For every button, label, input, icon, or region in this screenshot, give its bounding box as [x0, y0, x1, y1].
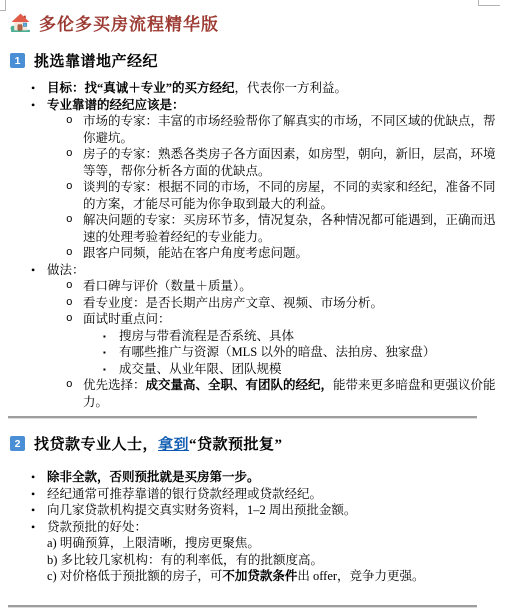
- divider-1: [8, 416, 477, 419]
- bullet-marker: o: [66, 179, 73, 196]
- list-item: •做法：: [0, 262, 516, 279]
- section2-heading: 2 找贷款专业人士，拿到“贷款预批复”: [10, 433, 516, 454]
- list-item: o看口碑与评价（数量＋质量）。: [0, 278, 516, 295]
- list-item: o面试时重点问：: [0, 311, 516, 328]
- list-item: •贷款预批的好处：: [0, 519, 516, 536]
- list-item: ▪有哪些推广与资源（MLS 以外的暗盘、法拍房、独家盘）: [0, 344, 516, 361]
- section1-number-badge: 1: [10, 53, 25, 68]
- list-item-text: 除非全款，否则预批就是买房第一步。: [47, 470, 260, 484]
- bullet-marker: •: [31, 486, 35, 503]
- list-item-text: a) 明确预算，上限清晰，搜房更聚焦。: [47, 536, 260, 550]
- list-item-text: c) 对价格低于预批额的房子，可不加贷款条件出 offer，竞争力更强。: [47, 569, 425, 583]
- bullet-marker: •: [31, 80, 35, 97]
- list-item: ▪搜房与带看流程是否系统、具体: [0, 328, 516, 345]
- list-item: o解决问题的专家：买房环节多，情况复杂，各种情况都可能遇到，正确而迅速的处理考验…: [0, 212, 516, 245]
- text-boundary-mark-top-left: [0, 0, 6, 11]
- page-title: 多伦多买房流程精华版: [39, 10, 219, 35]
- list-item-text: b) 多比较几家机构：有的利率低，有的批额度高。: [47, 553, 323, 567]
- bullet-marker: o: [66, 212, 73, 229]
- document-title-row: 多伦多买房流程精华版: [0, 0, 516, 35]
- preapproval-link[interactable]: 拿到: [158, 437, 189, 453]
- list-item-text: 看口碑与评价（数量＋质量）。: [83, 279, 252, 293]
- bullet-marker: •: [31, 469, 35, 486]
- list-item-text: 面试时重点问：: [83, 312, 171, 326]
- list-item: c) 对价格低于预批额的房子，可不加贷款条件出 offer，竞争力更强。: [0, 568, 516, 585]
- list-item: o谈判的专家：根据不同的市场，不同的房屋，不同的卖家和经纪，准备不同的方案，才能…: [0, 179, 516, 212]
- list-item-text: 房子的专家：熟悉各类房子各方面因素，如房型，朝向，新旧，层高，环境等等，帮你分析…: [83, 147, 496, 178]
- bullet-marker: o: [66, 113, 73, 130]
- bullet-marker: o: [66, 295, 73, 312]
- document-page: 多伦多买房流程精华版 1 挑选靠谱地产经纪 •目标：找“真诚＋专业”的买方经纪，…: [0, 0, 516, 608]
- bullet-marker: •: [31, 519, 35, 536]
- section2-title-pre: 找贷款专业人士，: [34, 437, 158, 453]
- bullet-marker: ▪: [103, 329, 106, 346]
- list-item: ▪成交量、从业年限、团队规模: [0, 361, 516, 378]
- list-item-text: 成交量、从业年限、团队规模: [119, 362, 282, 376]
- section1-list: •目标：找“真诚＋专业”的买方经纪，代表你一方利益。•专业靠谱的经纪应该是：o市…: [0, 80, 516, 410]
- bullet-marker: ▪: [103, 345, 106, 362]
- list-item-text: 谈判的专家：根据不同的市场，不同的房屋，不同的卖家和经纪，准备不同的方案，才能尽…: [83, 180, 496, 211]
- list-item: •目标：找“真诚＋专业”的买方经纪，代表你一方利益。: [0, 80, 516, 97]
- bullet-marker: •: [31, 97, 35, 114]
- bullet-marker: o: [66, 146, 73, 163]
- list-item-text: 目标：找“真诚＋专业”的买方经纪，代表你一方利益。: [47, 81, 347, 95]
- list-item-text: 有哪些推广与资源（MLS 以外的暗盘、法拍房、独家盘）: [119, 345, 435, 359]
- list-item: •向几家贷款机构提交真实财务资料，1–2 周出预批金额。: [0, 502, 516, 519]
- list-item: •专业靠谱的经纪应该是：: [0, 97, 516, 114]
- list-item-text: 市场的专家：丰富的市场经验帮你了解真实的市场，不同区域的优缺点，帮你避坑。: [83, 114, 496, 145]
- list-item: o看专业度：是否长期产出房产文章、视频、市场分析。: [0, 295, 516, 312]
- list-item: •经纪通常可推荐靠谱的银行贷款经理或贷款经纪。: [0, 486, 516, 503]
- list-item-text: 优先选择：成交量高、全职、有团队的经纪，能带来更多暗盘和更强议价能力。: [83, 378, 496, 409]
- list-item: o房子的专家：熟悉各类房子各方面因素，如房型，朝向，新旧，层高，环境等等，帮你分…: [0, 146, 516, 179]
- section1-heading: 1 挑选靠谱地产经纪: [10, 50, 516, 71]
- bullet-marker: o: [66, 245, 73, 262]
- list-item-text: 看专业度：是否长期产出房产文章、视频、市场分析。: [83, 296, 383, 310]
- list-item: o跟客户同频，能站在客户角度考虑问题。: [0, 245, 516, 262]
- bullet-marker: o: [66, 278, 73, 295]
- list-item-text: 做法：: [47, 263, 85, 277]
- text-boundary-mark-top-right: [478, 0, 500, 6]
- bullet-marker: •: [31, 502, 35, 519]
- section2-list: •除非全款，否则预批就是买房第一步。•经纪通常可推荐靠谱的银行贷款经理或贷款经纪…: [0, 469, 516, 585]
- list-item-text: 向几家贷款机构提交真实财务资料，1–2 周出预批金额。: [47, 503, 356, 517]
- bullet-marker: ▪: [103, 362, 106, 379]
- list-item-text: 贷款预批的好处：: [47, 520, 147, 534]
- list-item-text: 跟客户同频，能站在客户角度考虑问题。: [83, 246, 308, 260]
- section2-title: 找贷款专业人士，拿到“贷款预批复”: [34, 433, 283, 454]
- list-item-text: 解决问题的专家：买房环节多，情况复杂，各种情况都可能遇到，正确而迅速的处理考验着…: [83, 213, 496, 244]
- list-item: b) 多比较几家机构：有的利率低，有的批额度高。: [0, 552, 516, 569]
- list-item: o市场的专家：丰富的市场经验帮你了解真实的市场，不同区域的优缺点，帮你避坑。: [0, 113, 516, 146]
- section2-number-badge: 2: [10, 436, 25, 451]
- divider-2: [8, 605, 477, 608]
- list-item: o优先选择：成交量高、全职、有团队的经纪，能带来更多暗盘和更强议价能力。: [0, 377, 516, 410]
- bullet-marker: o: [66, 377, 73, 394]
- section1-title: 挑选靠谱地产经纪: [34, 50, 158, 71]
- house-icon: [10, 12, 31, 33]
- list-item-text: 专业靠谱的经纪应该是：: [47, 98, 185, 112]
- list-item: a) 明确预算，上限清晰，搜房更聚焦。: [0, 535, 516, 552]
- bullet-marker: o: [66, 311, 73, 328]
- section2-title-post: “贷款预批复”: [189, 437, 283, 453]
- list-item: •除非全款，否则预批就是买房第一步。: [0, 469, 516, 486]
- bullet-marker: •: [31, 262, 35, 279]
- list-item-text: 经纪通常可推荐靠谱的银行贷款经理或贷款经纪。: [47, 487, 322, 501]
- list-item-text: 搜房与带看流程是否系统、具体: [119, 329, 294, 343]
